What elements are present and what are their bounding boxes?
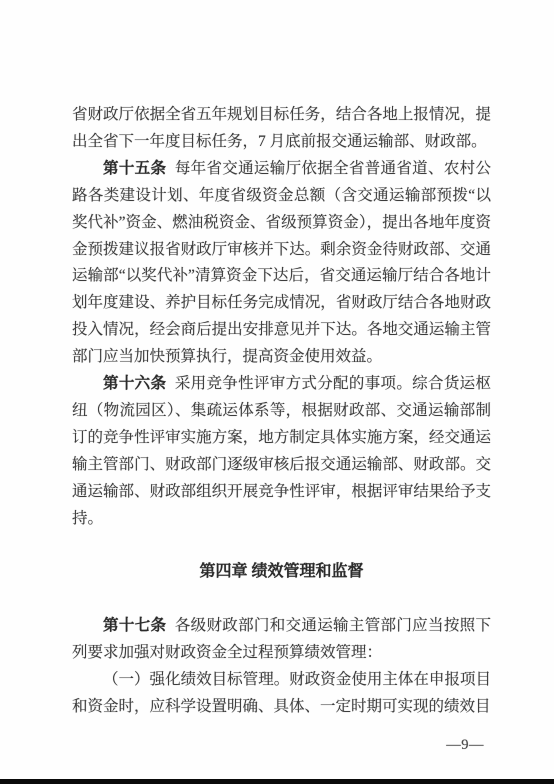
paragraph-continued: 省财政厅依据全省五年规划目标任务，结合各地上报情况，提出全省下一年度目标任务，7… [72,102,491,156]
paragraph-text: 每年省交通运输厅依据全省普通省道、农村公路各类建设计划、年度省级资金总额（含交通… [72,160,491,365]
article-17-label: 第十七条 [103,617,166,634]
scan-edge-bar [0,779,554,784]
article-16-label: 第十六条 [103,375,166,392]
paragraph-text: 省财政厅依据全省五年规划目标任务，结合各地上报情况，提出全省下一年度目标任务，7… [72,106,491,150]
paragraph-text: （一）强化绩效目标管理。财政资金使用主体在申报项目和资金时，应科学设置明确、具体… [72,671,491,715]
article-15-label: 第十五条 [103,160,166,177]
chapter-4-heading: 第四章 绩效管理和监督 [72,559,491,586]
document-body: 省财政厅依据全省五年规划目标任务，结合各地上报情况，提出全省下一年度目标任务，7… [72,102,491,759]
scanned-document-page: 省财政厅依据全省五年规划目标任务，结合各地上报情况，提出全省下一年度目标任务，7… [0,0,554,784]
paragraph-article-16: 第十六条采用竞争性评审方式分配的事项。综合货运枢纽（物流园区）、集疏运体系等，根… [72,371,491,532]
paragraph-item-1: （一）强化绩效目标管理。财政资金使用主体在申报项目和资金时，应科学设置明确、具体… [72,667,491,721]
paragraph-article-15: 第十五条每年省交通运输厅依据全省普通省道、农村公路各类建设计划、年度省级资金总额… [72,156,491,371]
page-number: —9— [72,732,491,759]
paragraph-article-17: 第十七条各级财政部门和交通运输主管部门应当按照下列要求加强对财政资金全过程预算绩… [72,613,491,667]
paragraph-text: 采用竞争性评审方式分配的事项。综合货运枢纽（物流园区）、集疏运体系等，根据财政部… [72,375,491,527]
